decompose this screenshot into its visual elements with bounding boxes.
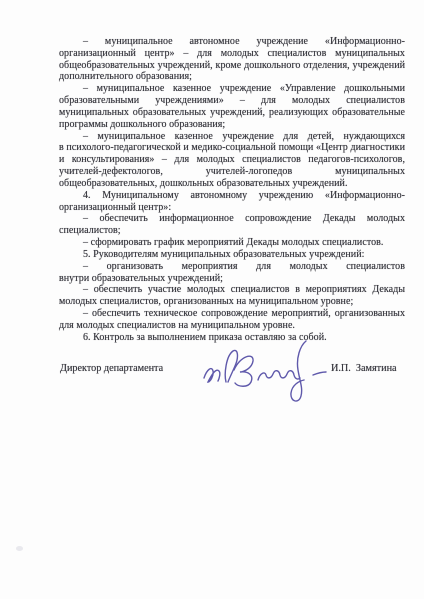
text-line: организационный центр»:	[59, 202, 405, 214]
text-line: – муниципальное казенное учреждение для …	[59, 131, 405, 143]
text-line: муниципальных образовательных учреждений…	[59, 107, 405, 119]
document-body: – муниципальное автономное учреждение «И…	[59, 36, 405, 344]
document-page: – муниципальное автономное учреждение «И…	[0, 0, 424, 599]
text-line: дополнительного образования;	[59, 71, 405, 83]
text-line: 4. Муниципальному автономному учреждению…	[59, 190, 405, 202]
paragraph: – муниципальное автономное учреждение «И…	[59, 36, 405, 83]
text-line: учителей-дефектологов, учителей-логопедо…	[59, 166, 405, 178]
text-line: молодых специалистов, организованных на …	[59, 296, 405, 308]
scan-smudge	[16, 546, 23, 551]
text-line: программы дошкольного образования;	[59, 119, 405, 131]
handwritten-signature-icon	[196, 338, 330, 408]
text-line: – обеспечить информационное сопровождени…	[59, 213, 405, 225]
signatory-name: И.П. Замятина	[331, 363, 397, 374]
paragraph: – организовать мероприятия для молодых с…	[59, 261, 405, 285]
paragraph: – обеспечить участие молодых специалисто…	[59, 284, 405, 308]
text-line: – муниципальное автономное учреждение «И…	[59, 36, 405, 48]
text-line: 5. Руководителям муниципальных образоват…	[59, 249, 405, 261]
text-line: – обеспечить техническое сопровождение м…	[59, 308, 405, 320]
text-line: внутри образовательных учреждений;	[59, 273, 405, 285]
signatory-role: Директор департамента	[60, 363, 163, 374]
text-line: общеобразовательных, дошкольных образова…	[59, 178, 405, 190]
text-line: в психолого-педагогической и медико-соци…	[59, 142, 405, 154]
text-line: – муниципальное казенное учреждение «Упр…	[59, 83, 405, 95]
text-line: специалистов;	[59, 225, 405, 237]
paragraph: – обеспечить техническое сопровождение м…	[59, 308, 405, 332]
paragraph: – сформировать график мероприятий Декады…	[59, 237, 405, 249]
text-line: для молодых специалистов на муниципально…	[59, 320, 405, 332]
text-line: организационный центр» – для молодых спе…	[59, 48, 405, 60]
text-line: – обеспечить участие молодых специалисто…	[59, 284, 405, 296]
paragraph: 5. Руководителям муниципальных образоват…	[59, 249, 405, 261]
text-line: общеобразовательных учреждений, кроме до…	[59, 60, 405, 72]
paragraph: – муниципальное казенное учреждение «Упр…	[59, 83, 405, 130]
paragraph: 4. Муниципальному автономному учреждению…	[59, 190, 405, 214]
text-line: и консультирования» – для молодых специа…	[59, 154, 405, 166]
text-line: – сформировать график мероприятий Декады…	[59, 237, 405, 249]
text-line: – организовать мероприятия для молодых с…	[59, 261, 405, 273]
paragraph: – обеспечить информационное сопровождени…	[59, 213, 405, 237]
paragraph: – муниципальное казенное учреждение для …	[59, 131, 405, 190]
text-line: образовательными учреждениями» – для мол…	[59, 95, 405, 107]
